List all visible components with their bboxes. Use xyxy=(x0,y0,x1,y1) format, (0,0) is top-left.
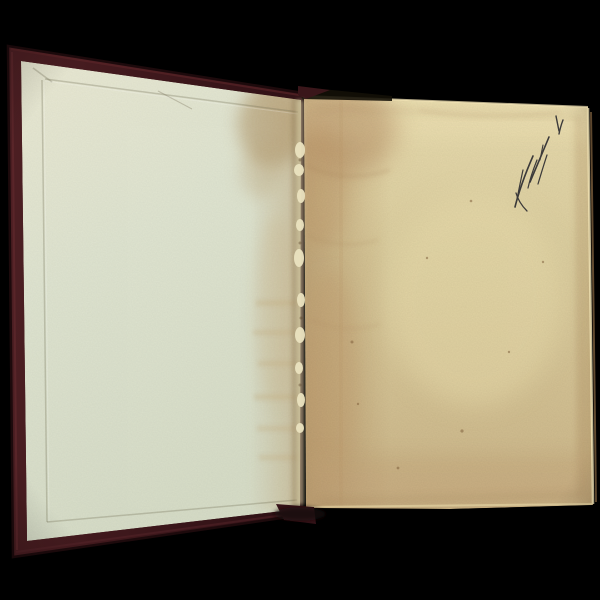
book-photo-canvas xyxy=(0,0,600,600)
vignette-overlay xyxy=(0,0,600,600)
book-photograph: Photograph of an antique hardcover book … xyxy=(0,0,600,600)
